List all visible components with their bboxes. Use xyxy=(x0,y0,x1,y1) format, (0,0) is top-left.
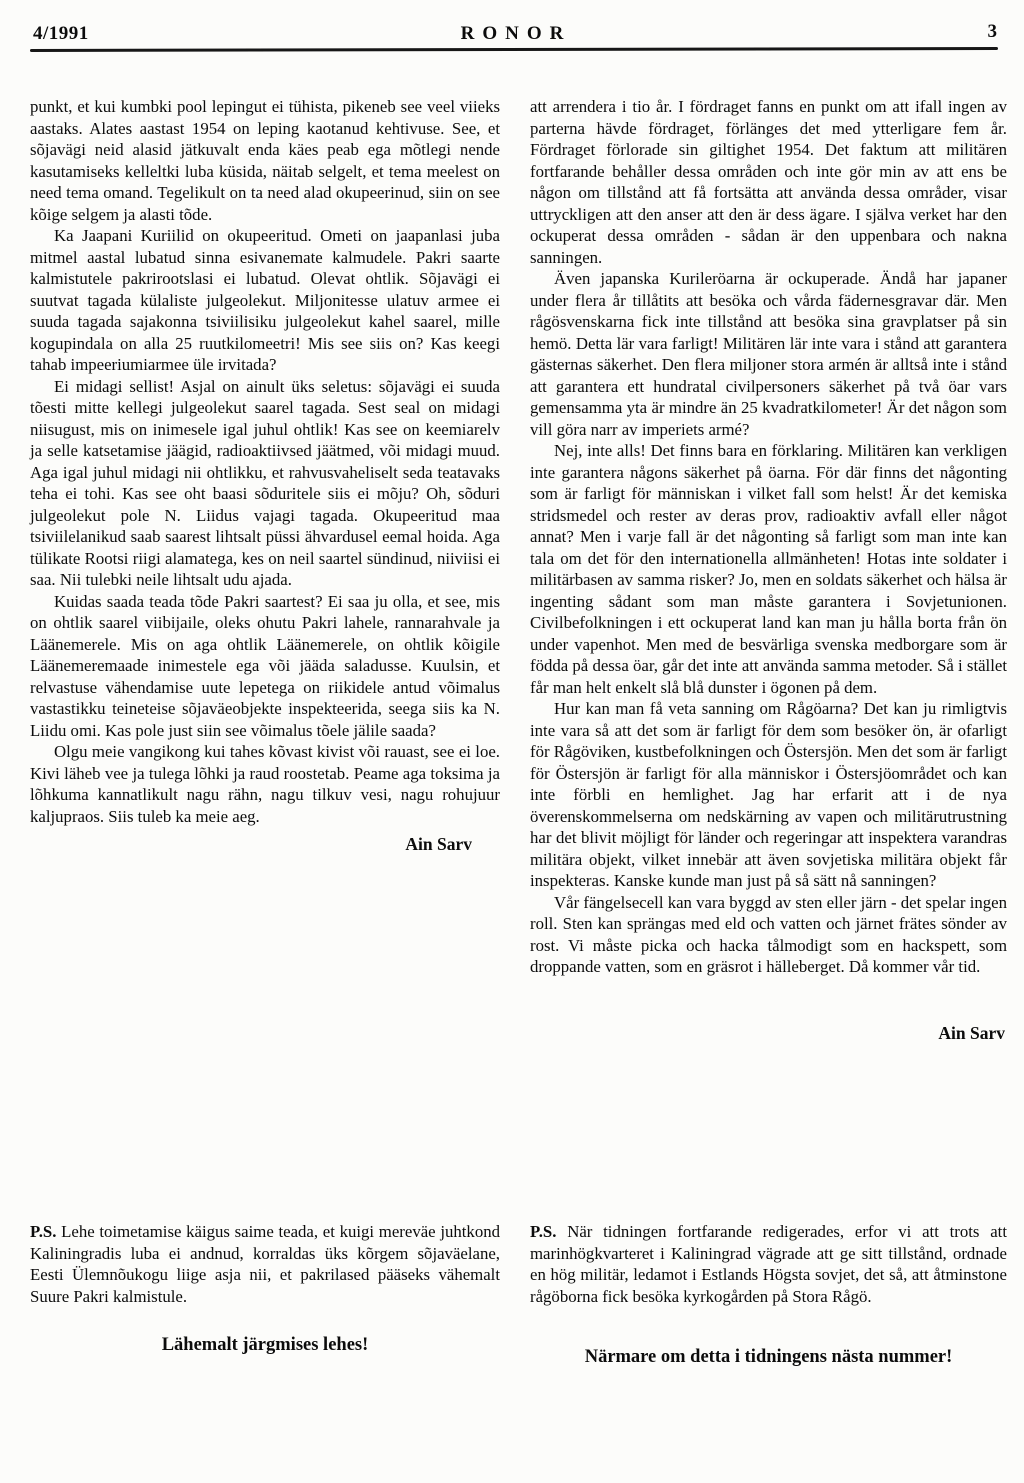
postscript-label: P.S. xyxy=(30,1222,56,1241)
header-divider-rule xyxy=(30,47,998,52)
paragraph: Olgu meie vangikong kui tahes kõvast kiv… xyxy=(30,741,500,827)
footer-teaser-left: Lähemalt järgmises lehes! xyxy=(30,1335,500,1356)
article-column-right: att arrendera i tio år. I fördraget fann… xyxy=(530,96,1007,1044)
postscript-left: P.S. Lehe toimetamise käigus saime teada… xyxy=(30,1221,500,1307)
paragraph: Ei midagi sellist! Asjal on ainult üks s… xyxy=(30,376,500,591)
postscript-right: P.S. När tidningen fortfarande redigerad… xyxy=(530,1221,1007,1307)
author-signature: Ain Sarv xyxy=(530,1023,1007,1045)
header-page-number: 3 xyxy=(988,21,998,43)
paragraph: Även japanska Kurileröarna är ockuperade… xyxy=(530,268,1007,440)
journal-page: 4/1991 RONOR 3 punkt, et kui kumbki pool… xyxy=(0,0,1024,1483)
paragraph: Kuidas saada teada tõde Pakri saartest? … xyxy=(30,591,500,742)
footer-teaser-right: Närmare om detta i tidningens nästa numm… xyxy=(530,1347,1007,1368)
postscript-text: Lehe toimetamise käigus saime teada, et … xyxy=(30,1222,500,1306)
paragraph: punkt, et kui kumbki pool lepingut ei tü… xyxy=(30,96,500,225)
postscript-text: När tidningen fortfarande redigerades, e… xyxy=(530,1222,1007,1306)
postscript-label: P.S. xyxy=(530,1222,556,1241)
article-column-left: punkt, et kui kumbki pool lepingut ei tü… xyxy=(30,96,500,856)
journal-title: RONOR xyxy=(0,23,1024,45)
paragraph: Vår fängelsecell kan vara byggd av sten … xyxy=(530,892,1007,978)
author-signature: Ain Sarv xyxy=(30,834,500,856)
paragraph: Hur kan man få veta sanning om Rågöarna?… xyxy=(530,698,1007,892)
paragraph: Ka Jaapani Kuriilid on okupeeritud. Omet… xyxy=(30,225,500,376)
paragraph: Nej, inte alls! Det finns bara en förkla… xyxy=(530,440,1007,698)
paragraph: att arrendera i tio år. I fördraget fann… xyxy=(530,96,1007,268)
